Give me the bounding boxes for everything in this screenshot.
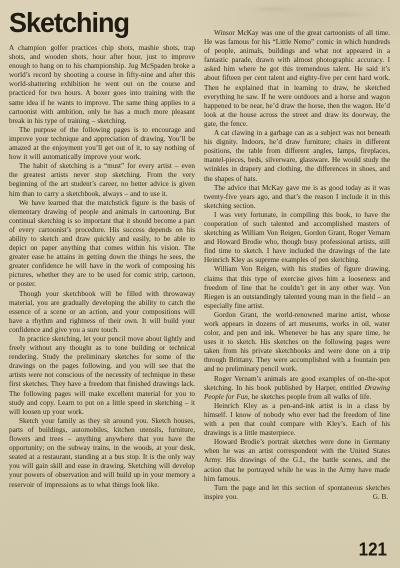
paragraph: I was very fortunate, in compiling this … xyxy=(204,211,390,266)
two-column-layout: Sketching A champion golfer practices ch… xyxy=(0,0,400,502)
left-column: Sketching A champion golfer practices ch… xyxy=(9,8,195,502)
paragraph: The advice that McKay gave me is as good… xyxy=(204,184,390,211)
book-page: Sketching A champion golfer practices ch… xyxy=(0,0,400,568)
paragraph: We have learned that the matchstick figu… xyxy=(9,199,195,290)
paragraph-with-book-title: Roger Vernam’s animals are good examples… xyxy=(204,375,390,402)
paragraph: William Von Reigen, with his studies of … xyxy=(204,265,390,310)
page-title: Sketching xyxy=(9,8,195,38)
right-column: Winsor McKay was one of the great cartoo… xyxy=(204,8,390,502)
paragraph: In practice sketching, let your pencil m… xyxy=(9,335,195,417)
paragraph: Winsor McKay was one of the great cartoo… xyxy=(204,29,390,129)
paragraph: Though your sketchbook will be filled wi… xyxy=(9,290,195,335)
paragraph: A cat clawing in a garbage can as a subj… xyxy=(204,129,390,184)
ink-bleed-through-smudge xyxy=(228,2,378,20)
paragraph: The habit of sketching is a “must” for e… xyxy=(9,162,195,198)
paragraph: Gordon Grant, the world-renowned marine … xyxy=(204,311,390,375)
paragraph-text: Roger Vernam’s animals are good examples… xyxy=(204,375,390,392)
paragraph: Sketch your family as they sit around yo… xyxy=(9,417,195,490)
paragraph: Howard Brodie’s portrait sketches were d… xyxy=(204,438,390,483)
paragraph: A champion golfer practices chip shots, … xyxy=(9,44,195,126)
page-number: 121 xyxy=(359,539,387,561)
paragraph: The purpose of the following pages is to… xyxy=(9,126,195,162)
paragraph-text: , he sketches people from all walks of l… xyxy=(248,393,371,401)
paragraph: Heinrich Kley as a pen-and-ink artist is… xyxy=(204,402,390,438)
